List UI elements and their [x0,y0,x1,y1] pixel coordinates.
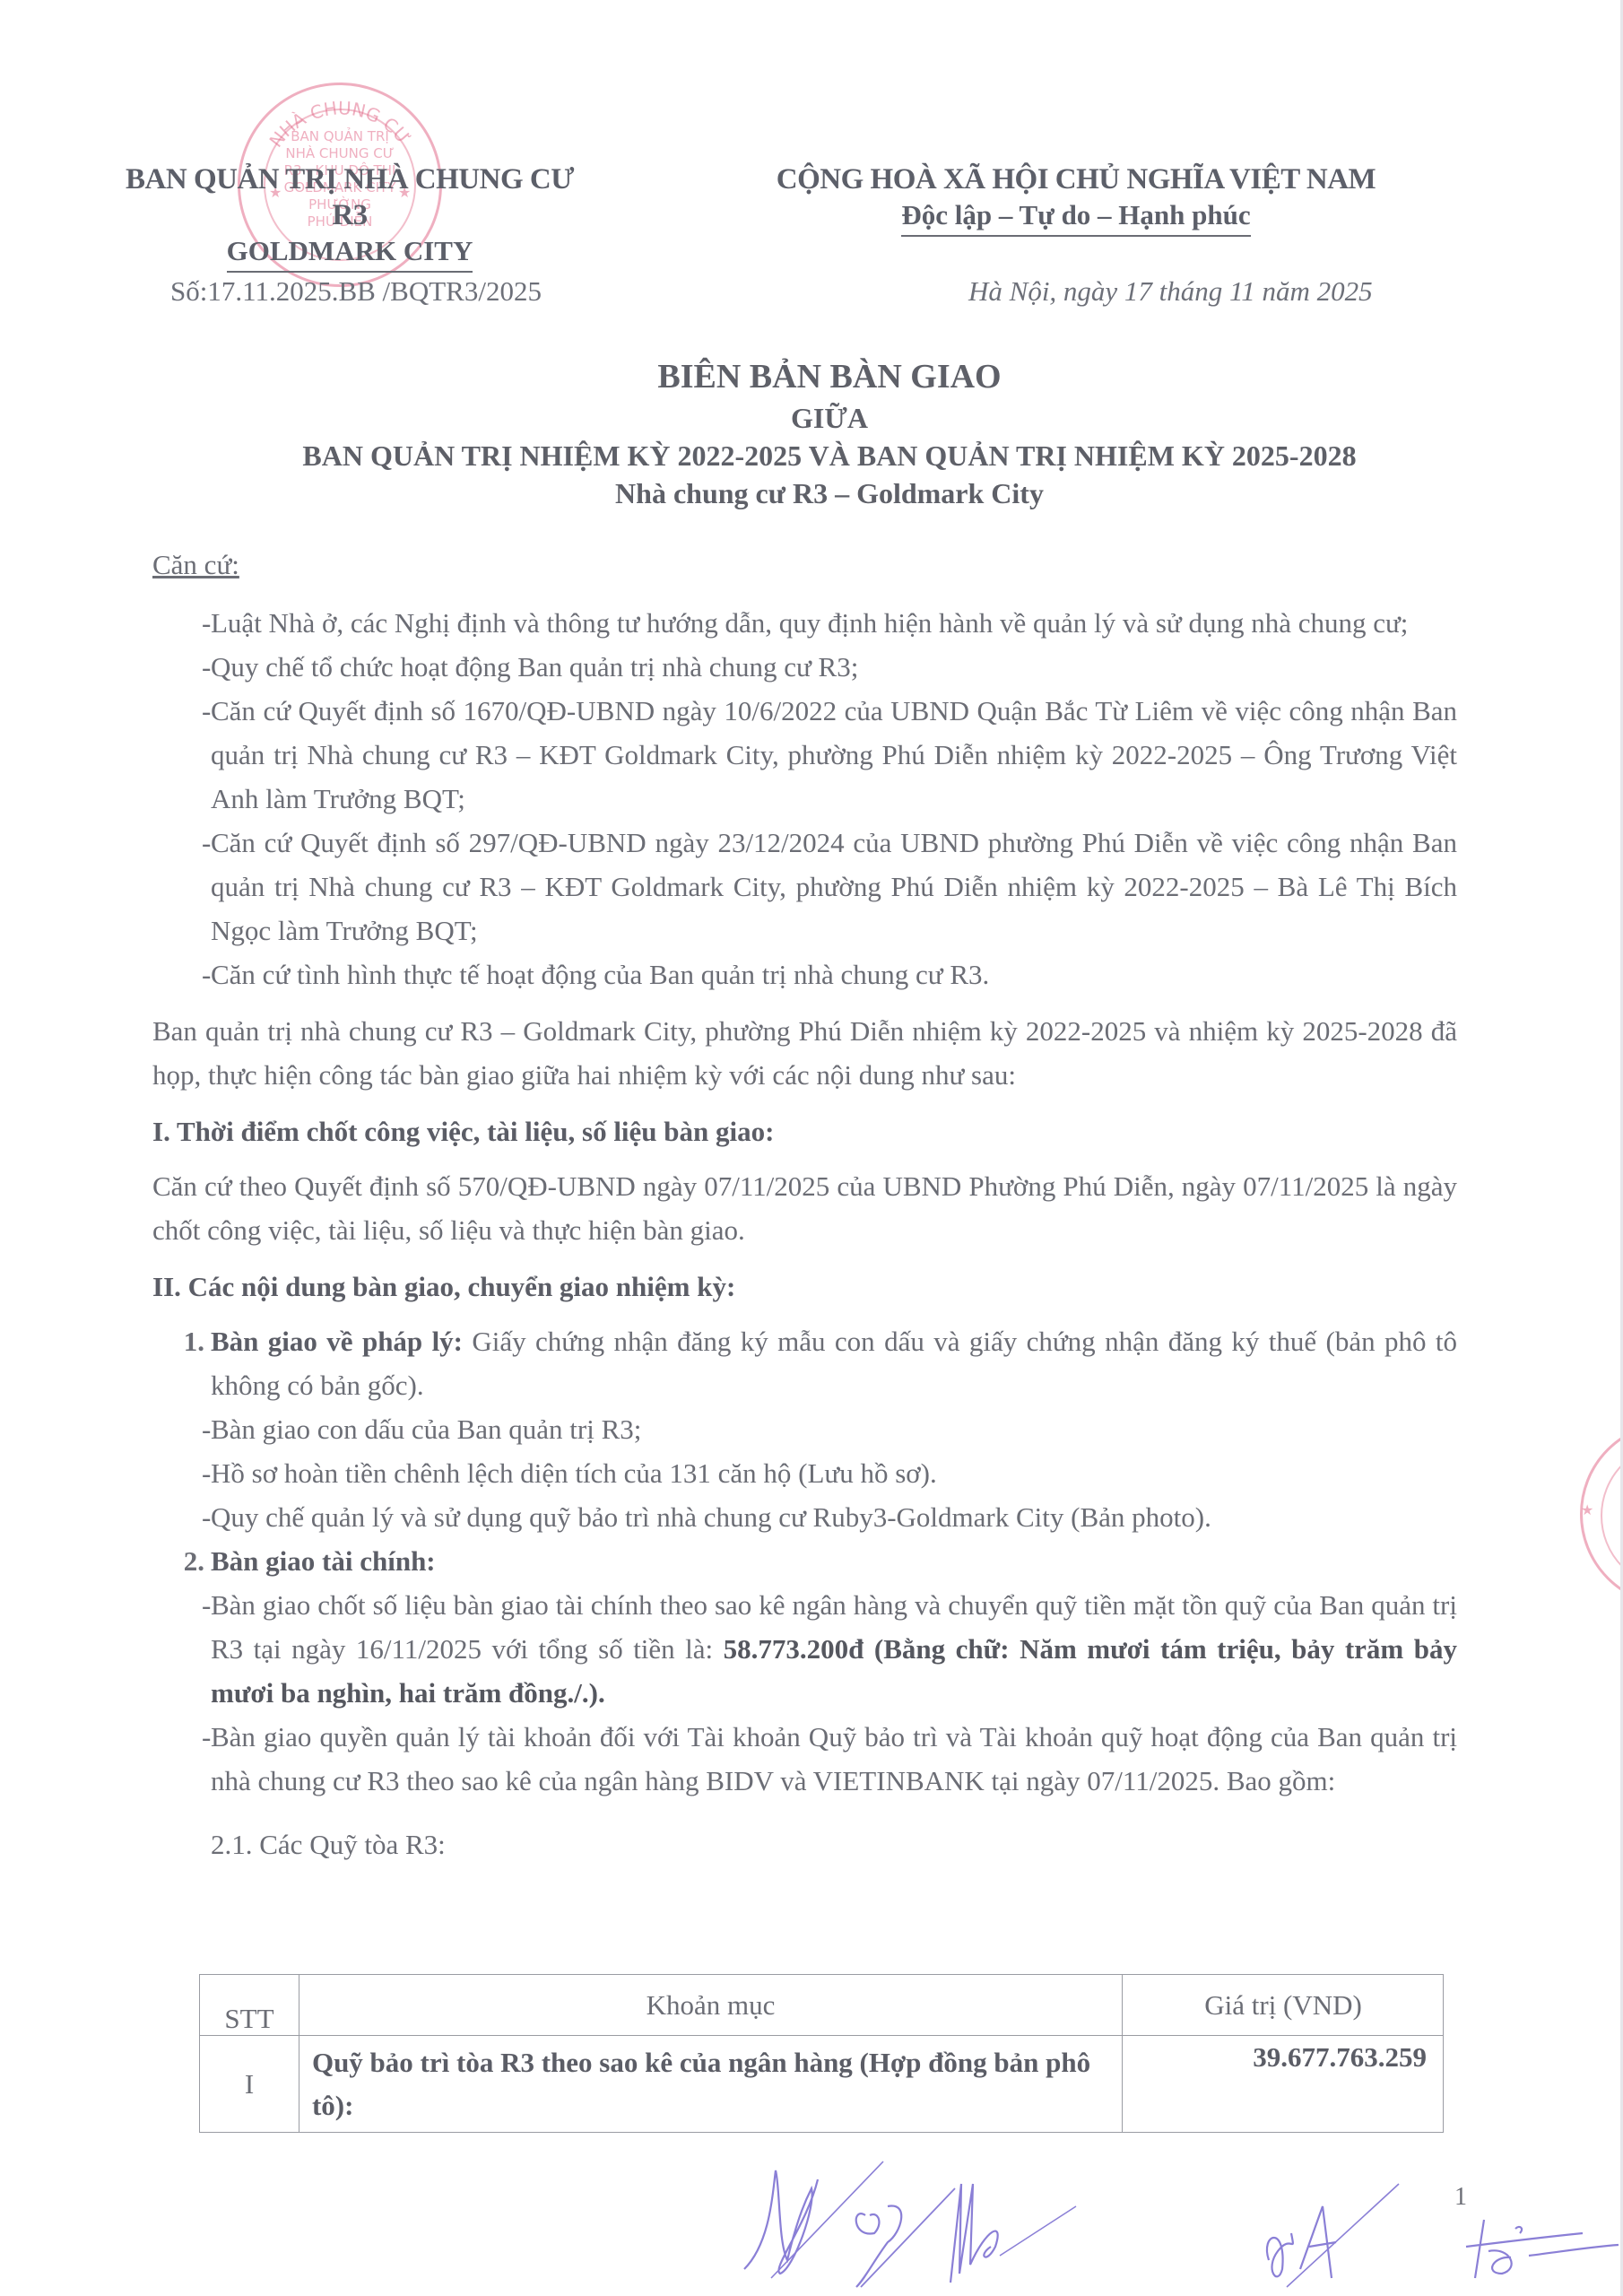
title-line-2: GIỮA [135,399,1524,437]
document-page: NHÀ CHUNG CƯ ★ ★ BAN QUẢN TRỊ NHÀ CHUNG … [0,0,1623,2296]
legal-basis-heading: Căn cứ: [152,543,239,587]
title-line-1: BIÊN BẢN BÀN GIAO [135,354,1524,399]
legal-subitem: Bàn giao con dấu của Ban quản trị R3; [152,1407,1457,1451]
finance-subitem: Bàn giao quyền quản lý tài khoản đối với… [152,1715,1457,1803]
stamp-line: NHÀ CHUNG CƯ [240,145,439,162]
document-title: BIÊN BẢN BÀN GIAO GIỮA BAN QUẢN TRỊ NHIỆ… [135,354,1524,512]
signature-5 [1448,2193,1623,2292]
item-label: Bàn giao về pháp lý: [211,1326,463,1357]
org-name: BAN QUẢN TRỊ NHÀ CHUNG CƯ R3 [112,161,587,233]
section-2-heading: II. Các nội dung bàn giao, chuyển giao n… [152,1265,1457,1309]
item-label: Bàn giao tài chính: [211,1545,436,1577]
signature-4 [1251,2170,1421,2296]
document-number: Số:17.11.2025.BB /BQTR3/2025 [170,275,542,308]
legal-basis-item: Căn cứ tình hình thực tế hoạt động của B… [152,952,1457,996]
row-value: 39.677.763.259 [1123,2036,1444,2133]
legal-basis-list: Luật Nhà ở, các Nghị định và thông tư hư… [152,601,1457,996]
finance-subitem: Bàn giao chốt số liệu bàn giao tài chính… [152,1583,1457,1715]
national-motto: CỘNG HOÀ XÃ HỘI CHỦ NGHĨA VIỆT NAM Độc l… [717,161,1435,237]
handover-legal-item: 1. Bàn giao về pháp lý: Giấy chứng nhận … [152,1319,1457,1407]
legal-basis-item: Quy chế tổ chức hoạt động Ban quản trị n… [152,645,1457,689]
handover-finance-item: 2. Bàn giao tài chính: [152,1539,1457,1583]
table-row: I Quỹ bảo trì tòa R3 theo sao kê của ngâ… [200,2036,1444,2133]
item-number: 1. [184,1319,204,1363]
stamp-line: BAN QUẢN TRỊ [240,128,439,145]
header-stt: STT [200,1975,299,2036]
section-1-text: Căn cứ theo Quyết định số 570/QĐ-UBND ng… [152,1164,1457,1252]
table-header-row: STT Khoản mục Giá trị (VND) [200,1975,1444,2036]
signature-3 [924,2157,1085,2292]
title-line-3: BAN QUẢN TRỊ NHIỆM KỲ 2022-2025 VÀ BAN Q… [135,437,1524,474]
legal-basis-item: Căn cứ Quyết định số 1670/QĐ-UBND ngày 1… [152,689,1457,821]
legal-subitem: Quy chế quản lý và sử dụng quỹ bảo trì n… [152,1495,1457,1539]
legal-subitems: Bàn giao con dấu của Ban quản trị R3; Hồ… [152,1407,1457,1539]
header-item: Khoản mục [299,1975,1122,2036]
page-number: 1 [1454,2183,1467,2212]
finance-subitems: Bàn giao chốt số liệu bàn giao tài chính… [152,1583,1457,1803]
item-number: 2. [184,1539,204,1583]
intro-paragraph: Ban quản trị nhà chung cư R3 – Goldmark … [152,1009,1457,1097]
legal-basis-item: Căn cứ Quyết định số 297/QĐ-UBND ngày 23… [152,821,1457,952]
issuing-organization: BAN QUẢN TRỊ NHÀ CHUNG CƯ R3 GOLDMARK CI… [112,161,587,273]
funds-table: STT Khoản mục Giá trị (VND) I Quỹ bảo tr… [199,1974,1444,2133]
official-stamp-right-edge: ★ [1580,1422,1623,1606]
row-stt: I [200,2036,299,2133]
nation-name: CỘNG HOÀ XÃ HỘI CHỦ NGHĨA VIỆT NAM [717,161,1435,197]
subsection-2-1-heading: 2.1. Các Quỹ tòa R3: [152,1822,1457,1866]
document-date: Hà Nội, ngày 17 tháng 11 năm 2025 [968,275,1373,308]
document-body: Căn cứ: Luật Nhà ở, các Nghị định và thô… [152,543,1457,1866]
legal-subitem: Hồ sơ hoàn tiền chênh lệch diện tích của… [152,1451,1457,1495]
motto: Độc lập – Tự do – Hạnh phúc [901,197,1250,237]
title-line-4: Nhà chung cư R3 – Goldmark City [135,474,1524,512]
section-1-heading: I. Thời điểm chốt công việc, tài liệu, s… [152,1109,1457,1153]
header-value: Giá trị (VND) [1123,1975,1444,2036]
row-item: Quỹ bảo trì tòa R3 theo sao kê của ngân … [299,2036,1122,2133]
org-subname: GOLDMARK CITY [227,233,473,273]
legal-basis-item: Luật Nhà ở, các Nghị định và thông tư hư… [152,601,1457,645]
